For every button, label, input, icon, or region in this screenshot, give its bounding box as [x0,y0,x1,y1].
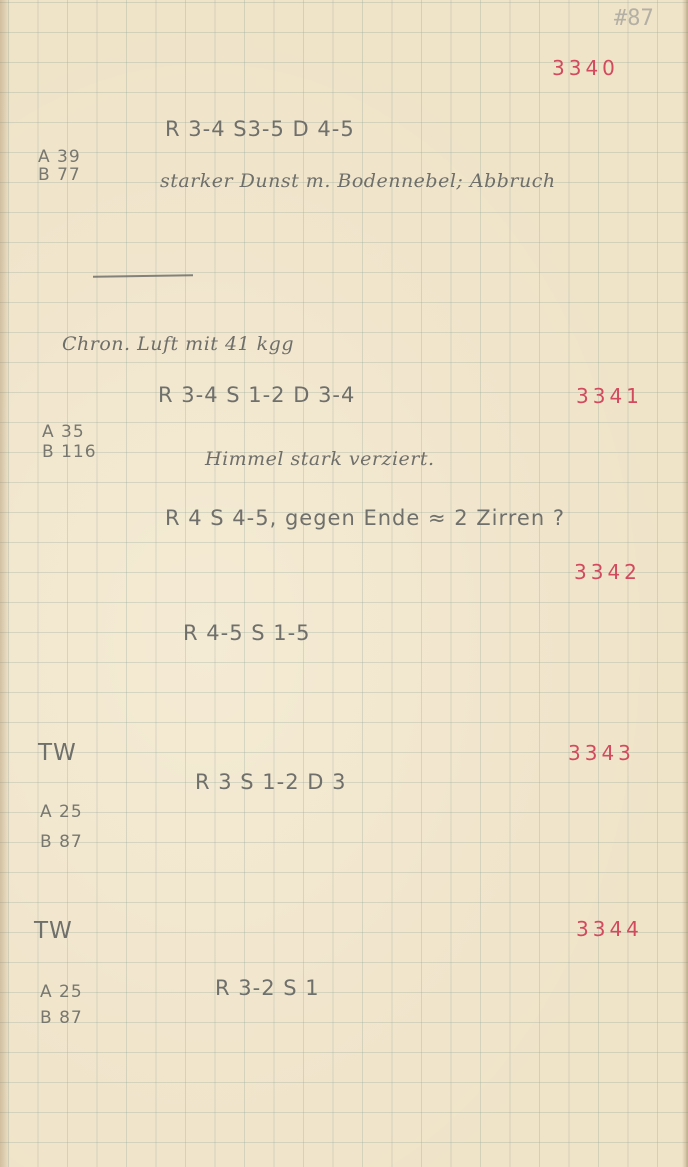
separator-line [93,274,193,277]
observation-note: starker Dunst m. Bodennebel; Abbruch [160,170,556,192]
tw-label: TW [38,740,77,766]
a-value: A 35 [42,423,85,441]
preamble-note: Chron. Luft mit 41 kgg [62,333,294,355]
b-value: B 116 [42,443,97,461]
page-edge [682,0,688,1167]
observation-number: 3344 [576,917,643,941]
page-stamp-number: #87 [614,6,654,31]
observation-number: 3341 [576,384,643,408]
b-value: B 87 [40,833,83,851]
seeing-readings: R 3 S 1-2 D 3 [195,770,347,794]
seeing-readings: R 4-5 S 1-5 [183,621,311,645]
seeing-readings: R 3-4 S3-5 D 4-5 [165,117,355,141]
seeing-readings: R 4 S 4-5, gegen Ende ≈ 2 Zirren ? [165,506,565,530]
a-value: A 25 [40,983,83,1001]
seeing-readings: R 3-4 S 1-2 D 3-4 [158,383,355,407]
observation-note: Himmel stark verziert. [205,448,435,470]
seeing-readings: R 3-2 S 1 [215,976,320,1000]
observation-number: 3342 [574,560,641,584]
b-value: B 77 [38,166,81,184]
tw-label: TW [34,918,73,944]
observation-number: 3340 [552,56,619,80]
observation-number: 3343 [568,741,635,765]
b-value: B 87 [40,1009,83,1027]
a-value: A 39 [38,148,81,166]
page-binding-shadow [0,0,10,1167]
a-value: A 25 [40,803,83,821]
